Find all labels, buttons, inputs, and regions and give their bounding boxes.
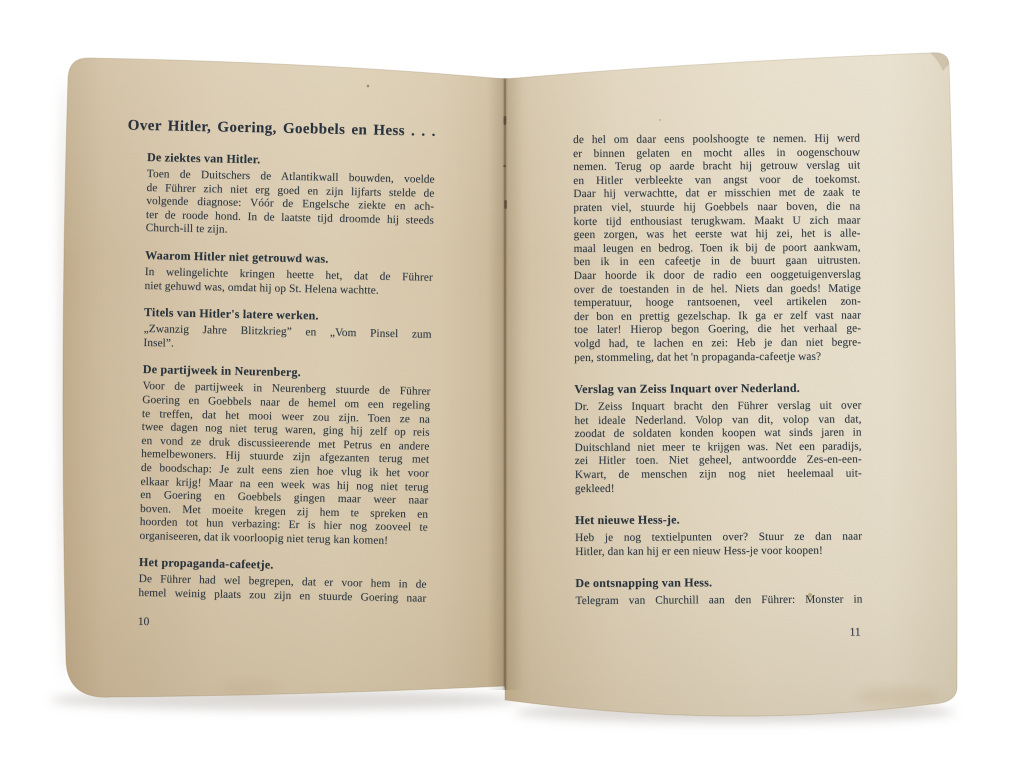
section-heading: Waarom Hitler niet getrouwd was. bbox=[145, 248, 433, 268]
chapter-title: Over Hitler, Goering, Goebbels en Hess .… bbox=[128, 114, 436, 144]
paragraph: Heb je nog textielpunten over? Stuur ze … bbox=[575, 531, 862, 560]
text-line: pen, stommeling, dat het 'n propaganda-c… bbox=[574, 350, 861, 365]
text-line: Kwart, de menschen zijn nog niet heelema… bbox=[575, 468, 862, 483]
paragraph: Telegram van Churchill aan den Führer: M… bbox=[575, 594, 862, 609]
text-line: Hitler, dan kan hij er een nieuw Hess-je… bbox=[575, 544, 862, 559]
text-line: Heb je nog textielpunten over? Stuur ze … bbox=[575, 531, 862, 546]
text-line: Daar hoorde ik door de radio een ooggetu… bbox=[574, 268, 861, 283]
section-heading: Verslag van Zeiss Inquart over Nederland… bbox=[574, 381, 861, 397]
paragraph: Dr. Zeiss Inquart bracht den Führer vers… bbox=[574, 400, 861, 497]
text-line: praten viel, stuurde hij Goebbels naar b… bbox=[573, 200, 860, 215]
left-page-text: Over Hitler, Goering, Goebbels en Hess .… bbox=[138, 114, 436, 634]
paragraph: de hel om daar eens poolshoogte te nemen… bbox=[573, 132, 861, 365]
paragraph: In welingelichte kringen heette het, dat… bbox=[144, 266, 432, 299]
paragraph: De Führer had wel begrepen, dat er voor … bbox=[138, 573, 426, 606]
text-line: ben ik in een cafeetje in de buurt gaan … bbox=[574, 255, 861, 270]
section-heading: Het propaganda-cafeetje. bbox=[139, 555, 427, 575]
section-heading: De ziektes van Hitler. bbox=[147, 150, 435, 170]
section-heading: Het nieuwe Hess-je. bbox=[575, 512, 862, 528]
text-line: temperatuur, hooge rantsoenen, veel arti… bbox=[574, 296, 861, 311]
section-heading: Titels van Hitler's latere werken. bbox=[144, 305, 432, 325]
text-line: nemen. Terug op aarde bracht hij getrouw… bbox=[573, 160, 860, 175]
text-line: Dr. Zeiss Inquart bracht den Führer vers… bbox=[574, 400, 861, 415]
paragraph: „Zwanzig Jahre Blitzkrieg” en „Vom Pinse… bbox=[143, 323, 431, 356]
text-line: toe later! Hierop begon Goering, die het… bbox=[574, 323, 861, 338]
book-photo: Over Hitler, Goering, Goebbels en Hess .… bbox=[0, 0, 1024, 768]
section-heading: De ontsnapping van Hess. bbox=[575, 575, 862, 591]
text-line: gekleed! bbox=[575, 481, 862, 496]
text-line: volgd had, te lachen en zei: Heb je dan … bbox=[574, 336, 861, 351]
paragraph: Toen de Duitschers de Atlantikwall bouwd… bbox=[146, 168, 435, 242]
section-heading: De partijweek in Neurenberg. bbox=[143, 362, 431, 382]
text-line: de hel om daar eens poolshoogte te nemen… bbox=[573, 132, 860, 147]
page-number: 11 bbox=[576, 626, 861, 641]
text-line: Telegram van Churchill aan den Führer: M… bbox=[575, 594, 862, 609]
right-page-text: de hel om daar eens poolshoogte te nemen… bbox=[573, 127, 863, 641]
text-line: geen zorgen, was het eerste wat hij zei,… bbox=[574, 228, 861, 243]
paragraph: Voor de partijweek in Neurenberg stuurde… bbox=[139, 380, 430, 549]
text-line: zoodat de soldaten konden koopen wat sin… bbox=[575, 427, 862, 442]
spine-crease bbox=[487, 78, 523, 690]
